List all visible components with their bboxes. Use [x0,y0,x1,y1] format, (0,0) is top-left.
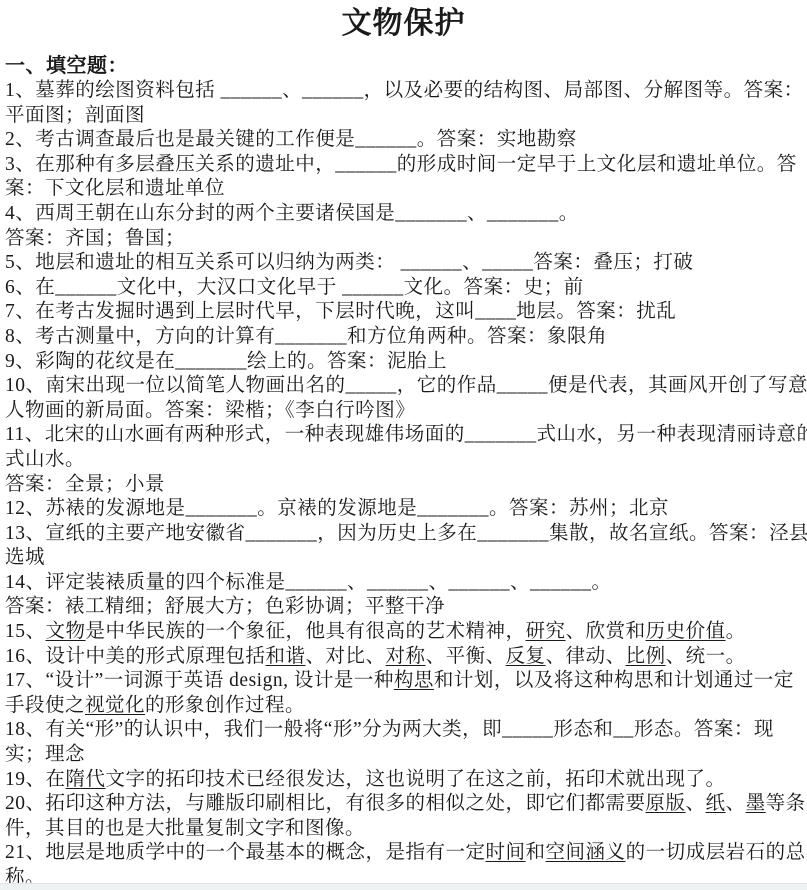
text-run: 17、“设计”一词源于英语 design, 设计是一种 [5,670,394,691]
text-run: 19、在 [5,769,66,790]
text-run: 10、南宋出现一位以简笔人物画出名的_____，它的作品_____便是代表，其画… [5,375,807,396]
text-run: 6、在______文化中，大汉口文化早于 ______文化。答案：史；前 [5,277,584,298]
text-line: 手段使之视觉化的形象创作过程。 [5,694,802,719]
text-run: 和 [526,842,546,863]
text-line: 1、墓葬的绘图资料包括 ______、______，以及必要的结构图、局部图、分… [5,79,802,104]
text-line: 7、在考古发掘时遇到上层时代早，下层时代晚，这叫____地层。答案：扰乱 [5,300,802,325]
text-line: 5、地层和遗址的相互关系可以归纳为两类： ______、_____答案：叠压；打… [5,251,802,276]
text-line: 实；理念 [5,743,802,768]
text-run: 、律动、 [546,646,626,667]
underlined-text: 文物 [46,621,86,642]
text-run: 5、地层和遗址的相互关系可以归纳为两类： ______、_____答案：叠压；打… [5,252,693,273]
text-run: 。 [726,621,746,642]
text-line: 人物画的新局面。答案：梁楷；《李白行吟图》 [5,399,802,424]
text-run: 16、设计中美的形式原理包括 [5,646,266,667]
section-heading: 一、填空题： [5,54,802,79]
text-run: 答案：全景；小景 [5,474,165,495]
text-run: 的形象创作过程。 [145,695,305,716]
text-run: 20、拓印这种方法，与雕版印刷相比，有很多的相似之处，即它们都需要 [5,793,646,814]
underlined-text: 比例 [626,646,666,667]
text-run: 15、 [5,621,46,642]
text-line: 13、宣纸的主要产地安徽省_______，因为历史上多在_______集散，故名… [5,522,802,547]
underlined-text: 对称 [386,646,426,667]
text-run: 和计划，以及将这种构思和计划通过一定 [434,670,794,691]
text-line: 3、在那种有多层叠压关系的遗址中，______的形成时间一定早于上文化层和遗址单… [5,153,802,178]
text-run: 7、在考古发掘时遇到上层时代早，下层时代晚，这叫____地层。答案：扰乱 [5,301,676,322]
text-run: 平面图；剖面图 [5,105,145,126]
text-run: 答案：齐国；鲁国； [5,228,185,249]
underlined-text: 墨 [746,793,766,814]
underlined-text: 隋代 [66,769,106,790]
text-run: 18、有关“形”的认识中，我们一般将“形”分为两大类，即_____形态和__形态… [5,719,774,740]
text-line: 4、西周王朝在山东分封的两个主要诸侯国是_______、_______。 [5,202,802,227]
document-body: 1、墓葬的绘图资料包括 ______、______，以及必要的结构图、局部图、分… [5,79,802,890]
text-run: 等条 [766,793,806,814]
text-line: 17、“设计”一词源于英语 design, 设计是一种构思和计划，以及将这种构思… [5,669,802,694]
text-run: 2、考古调查最后也是最关键的工作便是______。答案：实地勘察 [5,129,577,150]
text-line: 18、有关“形”的认识中，我们一般将“形”分为两大类，即_____形态和__形态… [5,718,802,743]
text-line: 12、苏裱的发源地是_______。京裱的发源地是_______。答案：苏州；北… [5,497,802,522]
text-run: 21、地层是地质学中的一个最基本的概念，是指有一定 [5,842,486,863]
text-run: 4、西周王朝在山东分封的两个主要诸侯国是_______、_______。 [5,203,579,224]
underlined-text: 纸 [706,793,726,814]
underlined-text: 研究 [526,621,566,642]
text-line: 平面图；剖面图 [5,104,802,129]
text-run: 、 [686,793,706,814]
underlined-text: 时间 [486,842,526,863]
text-line: 20、拓印这种方法，与雕版印刷相比，有很多的相似之处，即它们都需要原版、纸、墨等… [5,792,802,817]
text-run: 14、评定装裱质量的四个标准是______、______、______、____… [5,572,612,593]
underlined-text: 历史价值 [646,621,726,642]
page-bottom-edge [0,883,807,890]
text-line: 选城 [5,546,802,571]
text-run: 11、北宋的山水画有两种形式，一种表现雄伟场面的_______式山水，另一种表现… [5,424,807,445]
underlined-text: 和谐 [266,646,306,667]
text-run: 12、苏裱的发源地是_______。京裱的发源地是_______。答案：苏州；北… [5,498,669,519]
text-run: 的一切成层岩石的总 [626,842,806,863]
text-run: 、欣赏和 [566,621,646,642]
text-line: 19、在隋代文字的拓印技术已经很发达，这也说明了在这之前，拓印术就出现了。 [5,768,802,793]
underlined-text: 空间涵义 [546,842,626,863]
underlined-text: 原版 [646,793,686,814]
text-line: 8、考古测量中，方向的计算有_______和方位角两种。答案：象限角 [5,325,802,350]
text-run: 是中华民族的一个象征，他具有很高的艺术精神， [86,621,526,642]
text-line: 10、南宋出现一位以简笔人物画出名的_____，它的作品_____便是代表，其画… [5,374,802,399]
text-run: 、对比、 [306,646,386,667]
text-run: 案：下文化层和遗址单位 [5,178,225,199]
text-run: 13、宣纸的主要产地安徽省_______，因为历史上多在_______集散，故名… [5,523,807,544]
text-run: 式山水。 [5,449,85,470]
text-run: 选城 [5,547,45,568]
text-line: 式山水。 [5,448,802,473]
text-line: 答案：齐国；鲁国； [5,227,802,252]
text-line: 件，其目的也是大批量复制文字和图像。 [5,817,802,842]
text-line: 案：下文化层和遗址单位 [5,177,802,202]
underlined-text: 构思 [394,670,434,691]
text-run: 3、在那种有多层叠压关系的遗址中，______的形成时间一定早于上文化层和遗址单… [5,154,797,175]
text-run: 件，其目的也是大批量复制文字和图像。 [5,818,365,839]
document-page: 文物保护 一、填空题： 1、墓葬的绘图资料包括 ______、______，以及… [0,0,807,890]
text-run: 实；理念 [5,744,85,765]
text-run: 9、彩陶的花纹是在_______绘上的。答案：泥胎上 [5,351,447,372]
text-line: 6、在______文化中，大汉口文化早于 ______文化。答案：史；前 [5,276,802,301]
text-line: 9、彩陶的花纹是在_______绘上的。答案：泥胎上 [5,350,802,375]
page-title: 文物保护 [5,6,802,42]
text-line: 11、北宋的山水画有两种形式，一种表现雄伟场面的_______式山水，另一种表现… [5,423,802,448]
text-run: 、平衡、 [426,646,506,667]
text-run: 人物画的新局面。答案：梁楷；《李白行吟图》 [5,400,415,421]
text-run: 8、考古测量中，方向的计算有_______和方位角两种。答案：象限角 [5,326,607,347]
text-line: 15、文物是中华民族的一个象征，他具有很高的艺术精神，研究、欣赏和历史价值。 [5,620,802,645]
underlined-text: 反复 [506,646,546,667]
text-run: 答案：裱工精细；舒展大方；色彩协调；平整干净 [5,596,445,617]
text-line: 2、考古调查最后也是最关键的工作便是______。答案：实地勘察 [5,128,802,153]
text-line: 答案：全景；小景 [5,473,802,498]
text-run: 、 [726,793,746,814]
underlined-text: 视觉化 [85,695,145,716]
text-line: 21、地层是地质学中的一个最基本的概念，是指有一定时间和空间涵义的一切成层岩石的… [5,841,802,866]
text-line: 14、评定装裱质量的四个标准是______、______、______、____… [5,571,802,596]
text-run: 1、墓葬的绘图资料包括 ______、______，以及必要的结构图、局部图、分… [5,80,804,101]
text-run: 、统一。 [666,646,746,667]
text-line: 答案：裱工精细；舒展大方；色彩协调；平整干净 [5,595,802,620]
text-run: 文字的拓印技术已经很发达，这也说明了在这之前，拓印术就出现了。 [106,769,726,790]
text-run: 手段使之 [5,695,85,716]
text-line: 16、设计中美的形式原理包括和谐、对比、对称、平衡、反复、律动、比例、统一。 [5,645,802,670]
